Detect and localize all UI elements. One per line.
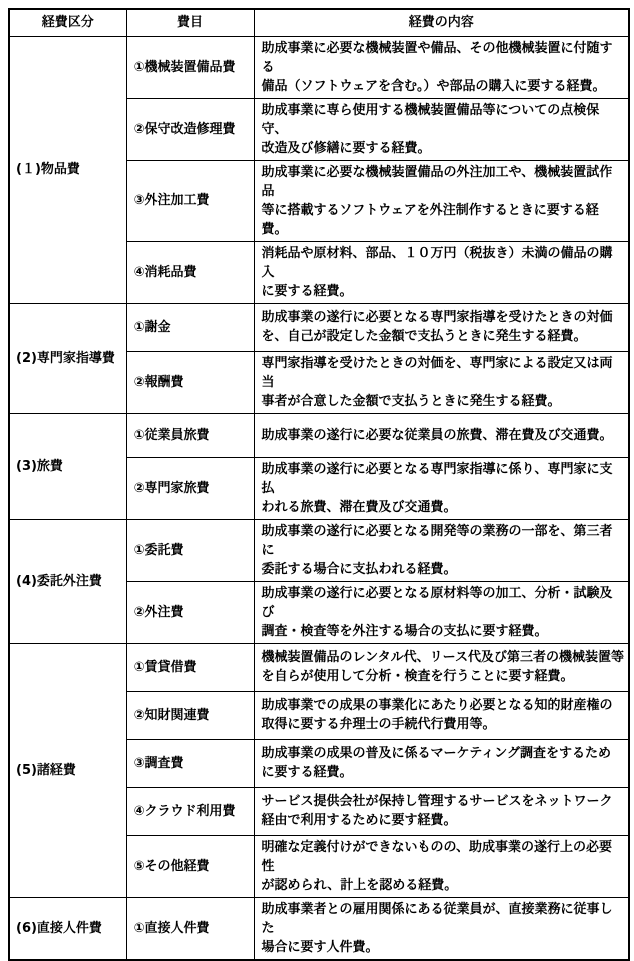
- item-name-cell: ②報酬費: [126, 351, 254, 413]
- item-description-cell: サービス提供会社が保持し管理するサービスをネットワーク 経由で利用するために要す…: [254, 787, 629, 835]
- item-description-cell: 機械装置備品のレンタル代、リース代及び第三者の機械装置等 を自らが使用して分析・…: [254, 643, 629, 691]
- item-description-cell: 専門家指導を受けたときの対価を、専門家による設定又は両当 事者が合意した金額で支…: [254, 351, 629, 413]
- item-name-cell: ①委託費: [126, 519, 254, 581]
- item-description-cell: 助成事業に必要な機械装置備品の外注加工や、機械装置試作品 等に搭載するソフトウェ…: [254, 160, 629, 241]
- column-header-expense-item: 費目: [126, 9, 254, 36]
- item-name-cell: ②専門家旅費: [126, 457, 254, 519]
- item-name-cell: ⑤その他経費: [126, 835, 254, 897]
- item-description-cell: 助成事業の成果の普及に係るマーケティング調査をするため に要する経費。: [254, 739, 629, 787]
- category-cell-expert-guidance: (2)専門家指導費: [9, 303, 126, 413]
- category-cell-goods: (１)物品費: [9, 36, 126, 303]
- item-name-cell: ①機械装置備品費: [126, 36, 254, 98]
- item-name-cell: ②保守改造修理費: [126, 98, 254, 160]
- item-name-cell: ①従業員旅費: [126, 413, 254, 457]
- table-row: (１)物品費 ①機械装置備品費 助成事業に必要な機械装置や備品、その他機械装置に…: [9, 36, 629, 98]
- item-name-cell: ②知財関連費: [126, 691, 254, 739]
- item-name-cell: ③外注加工費: [126, 160, 254, 241]
- item-description-cell: 助成事業の遂行に必要となる専門家指導に係り、専門家に支払 われる旅費、滞在費及び…: [254, 457, 629, 519]
- table-row: (3)旅費 ①従業員旅費 助成事業の遂行に必要な従業員の旅費、滞在費及び交通費。: [9, 413, 629, 457]
- item-name-cell: ②外注費: [126, 581, 254, 643]
- column-header-expense-description: 経費の内容: [254, 9, 629, 36]
- item-name-cell: ①謝金: [126, 303, 254, 351]
- item-description-cell: 明確な定義付けができないものの、助成事業の遂行上の必要性 が認められ、計上を認め…: [254, 835, 629, 897]
- item-description-cell: 助成事業での成果の事業化にあたり必要となる知的財産権の 取得に要する弁理士の手続…: [254, 691, 629, 739]
- item-description-cell: 助成事業の遂行に必要となる原材料等の加工、分析・試験及び 調査・検査等を外注する…: [254, 581, 629, 643]
- table-row: (2)専門家指導費 ①謝金 助成事業の遂行に必要となる専門家指導を受けたときの対…: [9, 303, 629, 351]
- item-description-cell: 助成事業の遂行に必要な従業員の旅費、滞在費及び交通費。: [254, 413, 629, 457]
- item-name-cell: ③調査費: [126, 739, 254, 787]
- item-name-cell: ④消耗品費: [126, 241, 254, 303]
- column-header-expense-category: 経費区分: [9, 9, 126, 36]
- item-description-cell: 消耗品や原材料、部品、１０万円（税抜き）未満の備品の購入 に要する経費。: [254, 241, 629, 303]
- item-description-cell: 助成事業の遂行に必要となる開発等の業務の一部を、第三者に 委託する場合に支払われ…: [254, 519, 629, 581]
- category-cell-outsourcing: (4)委託外注費: [9, 519, 126, 643]
- item-description-cell: 助成事業者との雇用関係にある従業員が、直接業務に従事した 場合に要す人件費。: [254, 897, 629, 960]
- category-cell-travel: (3)旅費: [9, 413, 126, 519]
- table-row: (5)諸経費 ①賃貸借費 機械装置備品のレンタル代、リース代及び第三者の機械装置…: [9, 643, 629, 691]
- item-description-cell: 助成事業に必要な機械装置や備品、その他機械装置に付随する 備品（ソフトウェアを含…: [254, 36, 629, 98]
- document-page: 経費区分 費目 経費の内容 (１)物品費 ①機械装置備品費 助成事業に必要な機械…: [0, 0, 634, 766]
- item-name-cell: ①直接人件費: [126, 897, 254, 960]
- item-name-cell: ④クラウド利用費: [126, 787, 254, 835]
- item-name-cell: ①賃貸借費: [126, 643, 254, 691]
- table-row: (4)委託外注費 ①委託費 助成事業の遂行に必要となる開発等の業務の一部を、第三…: [9, 519, 629, 581]
- category-cell-misc: (5)諸経費: [9, 643, 126, 897]
- category-cell-direct-labor: (6)直接人件費: [9, 897, 126, 960]
- header-row: 経費区分 費目 経費の内容: [9, 9, 629, 36]
- expense-table: 経費区分 費目 経費の内容 (１)物品費 ①機械装置備品費 助成事業に必要な機械…: [8, 8, 630, 961]
- item-description-cell: 助成事業に専ら使用する機械装置備品等についての点検保守、 改造及び修繕に要する経…: [254, 98, 629, 160]
- item-description-cell: 助成事業の遂行に必要となる専門家指導を受けたときの対価 を、自己が設定した金額で…: [254, 303, 629, 351]
- table-row: (6)直接人件費 ①直接人件費 助成事業者との雇用関係にある従業員が、直接業務に…: [9, 897, 629, 960]
